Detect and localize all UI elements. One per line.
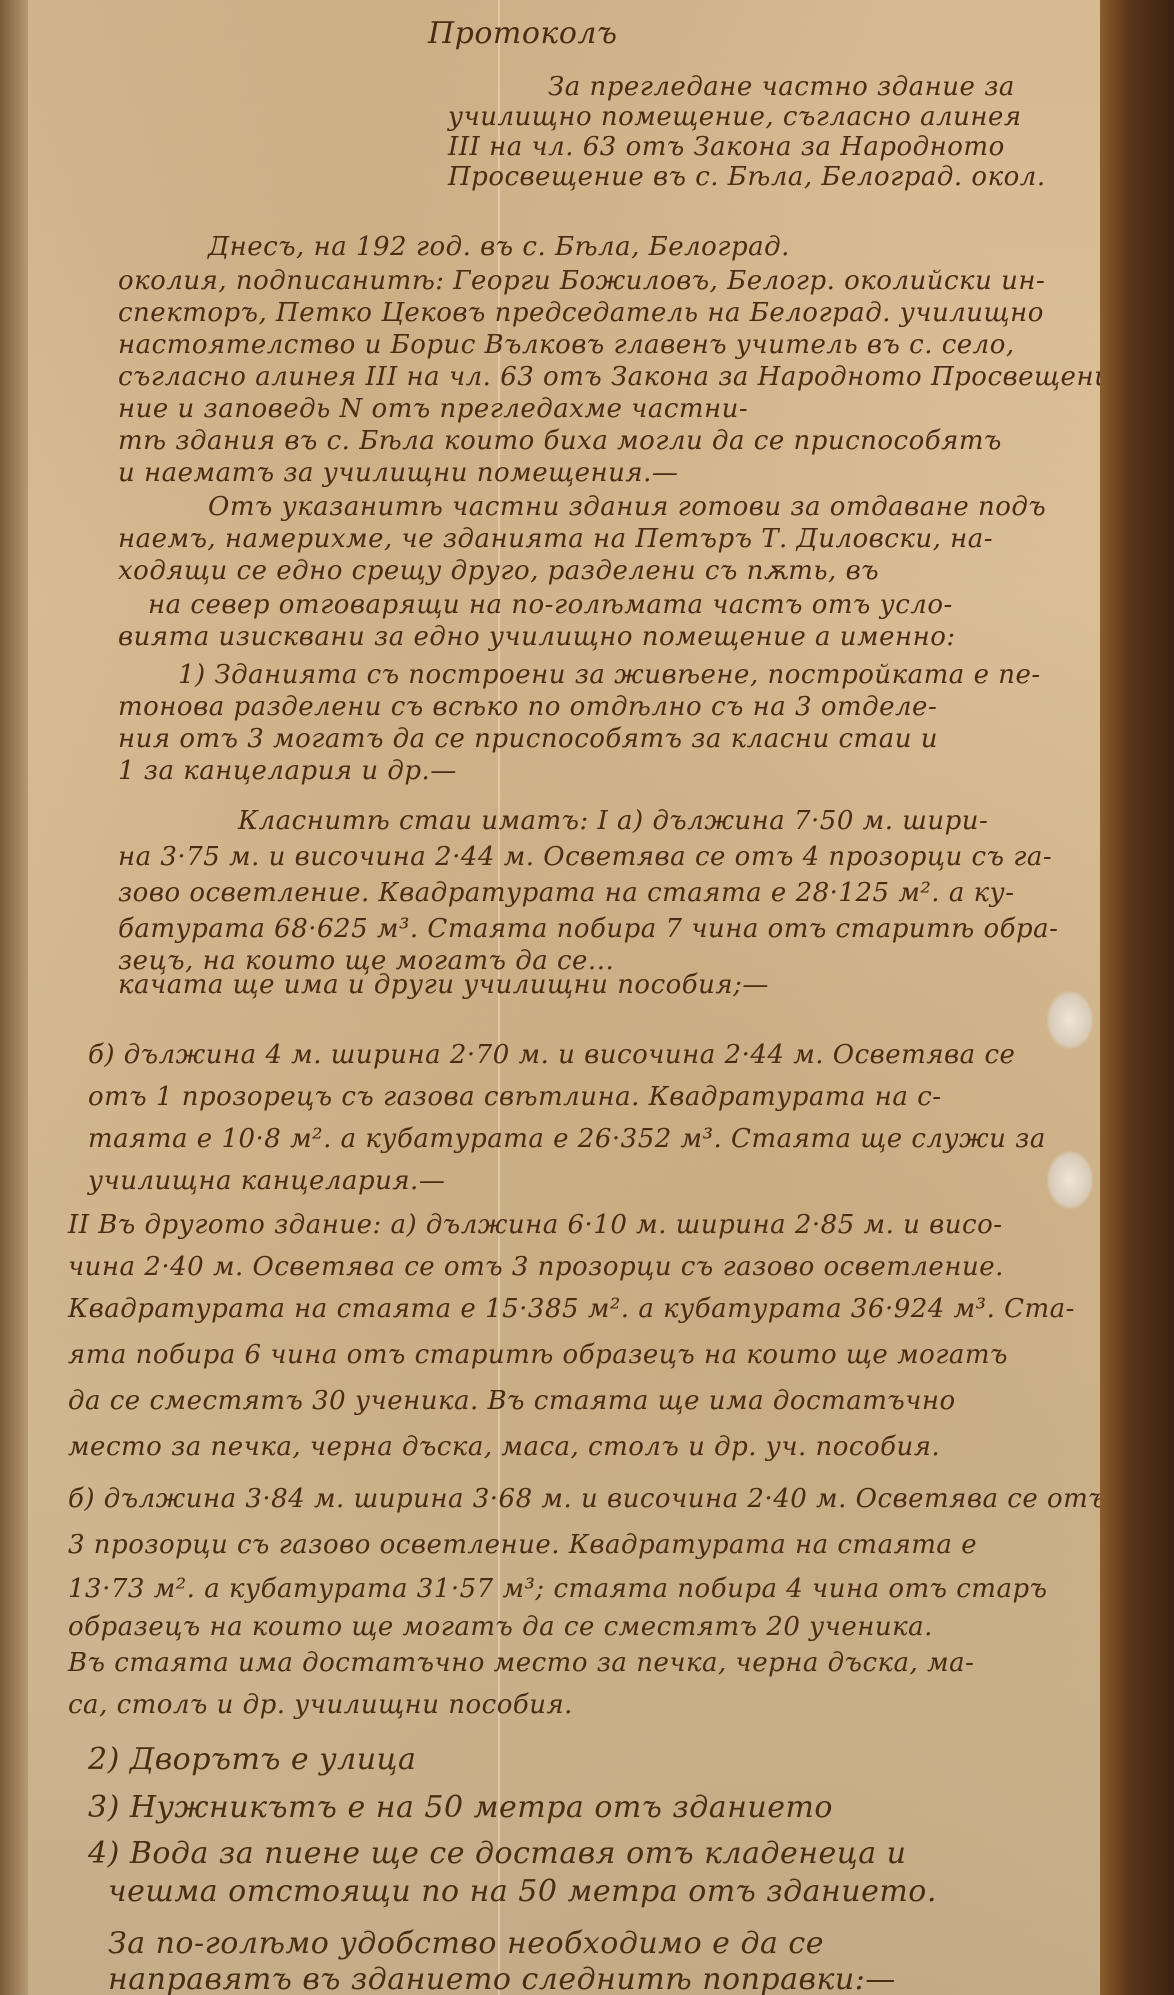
body-line: спекторъ, Петко Цековъ председатель на Б…: [118, 298, 1044, 328]
body-line: батурата 68·625 м³. Стаята побира 7 чина…: [118, 914, 1058, 944]
body-line: и наематъ за училищни помещения.—: [118, 458, 678, 488]
body-line: ходящи се едно срещу друго, разделени съ…: [118, 556, 879, 586]
body-line: да се сместятъ 30 ученика. Въ стаята ще …: [68, 1386, 956, 1416]
body-line: на север отговарящи на по-голѣмата частъ…: [148, 590, 953, 620]
numbered-item: чешма отстоящи по на 50 метра отъ здание…: [108, 1874, 937, 1909]
body-line: училищна канцелария.—: [88, 1166, 445, 1196]
background-table-edge: [1100, 0, 1174, 1995]
body-line: 13·73 м². а кубатурата 31·57 м³; стаята …: [68, 1574, 1047, 1604]
body-line: таята е 10·8 м². а кубатурата е 26·352 м…: [88, 1124, 1046, 1154]
subtitle-line: Просвещение въ с. Бѣла, Белоград. окол.: [448, 162, 1046, 192]
subtitle-line: училищно помещение, съгласно алинея: [448, 102, 1022, 132]
body-line: вията изисквани за едно училищно помещен…: [118, 622, 956, 652]
body-line: Въ стаята има достатъчно место за печка,…: [68, 1648, 974, 1678]
subtitle-line: III на чл. 63 отъ Закона за Народното: [448, 132, 1005, 162]
numbered-item: 3) Нужникътъ е на 50 метра отъ зданието: [88, 1790, 833, 1825]
subtitle-line: За прегледане частно здание за: [548, 72, 1015, 102]
body-line: съгласно алинея III на чл. 63 отъ Закона…: [118, 362, 1127, 392]
body-line: II Въ другото здание: а) дължина 6·10 м.…: [68, 1210, 1003, 1240]
body-line: Днесъ, на 192 год. въ с. Бѣла, Белоград.: [208, 232, 790, 262]
manuscript-photo: Протоколъ За прегледане частно здание за…: [0, 0, 1174, 1995]
numbered-item: 2) Дворътъ е улица: [88, 1742, 416, 1777]
body-line: место за печка, черна дъска, маса, столъ…: [68, 1432, 940, 1462]
body-line: б) дължина 4 м. ширина 2·70 м. и височин…: [88, 1040, 1015, 1070]
body-line: 1) Зданията съ построени за живѣене, пос…: [178, 660, 1041, 690]
body-line: зово осветление. Квадратурата на стаята …: [118, 878, 1014, 908]
body-line: Квадратурата на стаята е 15·385 м². а ку…: [68, 1294, 1075, 1324]
body-line: околия, подписанитѣ: Георги Божиловъ, Бе…: [118, 266, 1045, 296]
body-line: настоятелство и Борис Вълковъ главенъ уч…: [118, 330, 1015, 360]
body-line: на 3·75 м. и височина 2·44 м. Осветява с…: [118, 842, 1052, 872]
body-line: наемъ, намерихме, че зданията на Петъръ …: [118, 524, 993, 554]
torn-paper-edge: [1046, 1150, 1094, 1210]
manuscript-page: Протоколъ За прегледане частно здание за…: [28, 0, 1100, 1995]
body-line: 1 за канцелария и др.—: [118, 756, 457, 786]
body-line: образецъ на които ще могатъ да се сместя…: [68, 1612, 933, 1642]
body-line: тонова разделени съ всѣко по отдѣлно съ …: [118, 692, 937, 722]
body-line: качата ще има и други училищни пособия;—: [118, 970, 769, 1000]
body-line: ние и заповедь N отъ прегледахме частни-: [118, 394, 748, 424]
body-line: Отъ указанитѣ частни здания готови за от…: [208, 492, 1046, 522]
body-line: Класнитѣ стаи иматъ: I а) дължина 7·50 м…: [238, 806, 988, 836]
body-line: ята побира 6 чина отъ старитѣ образецъ н…: [68, 1340, 1008, 1370]
page-left-edge: [0, 0, 28, 1995]
document-title: Протоколъ: [428, 16, 618, 51]
body-line: тѣ здания въ с. Бѣла които биха могли да…: [118, 426, 1002, 456]
body-line: 3 прозорци съ газово осветление. Квадрат…: [68, 1530, 977, 1560]
closing-line: направятъ въ зданието следнитѣ поправки:…: [108, 1962, 896, 1995]
numbered-item: 4) Вода за пиене ще се доставя отъ кладе…: [88, 1836, 906, 1871]
body-line: отъ 1 прозорецъ съ газова свѣтлина. Квад…: [88, 1082, 942, 1112]
body-line: чина 2·40 м. Осветява се отъ 3 прозорци …: [68, 1252, 1004, 1282]
body-line: са, столъ и др. училищни пособия.: [68, 1690, 573, 1720]
closing-line: За по-голѣмо удобство необходимо е да се: [108, 1926, 824, 1961]
body-line: б) дължина 3·84 м. ширина 3·68 м. и висо…: [68, 1484, 1106, 1514]
torn-paper-edge: [1046, 990, 1094, 1050]
body-line: ния отъ 3 могатъ да се приспособятъ за к…: [118, 724, 938, 754]
